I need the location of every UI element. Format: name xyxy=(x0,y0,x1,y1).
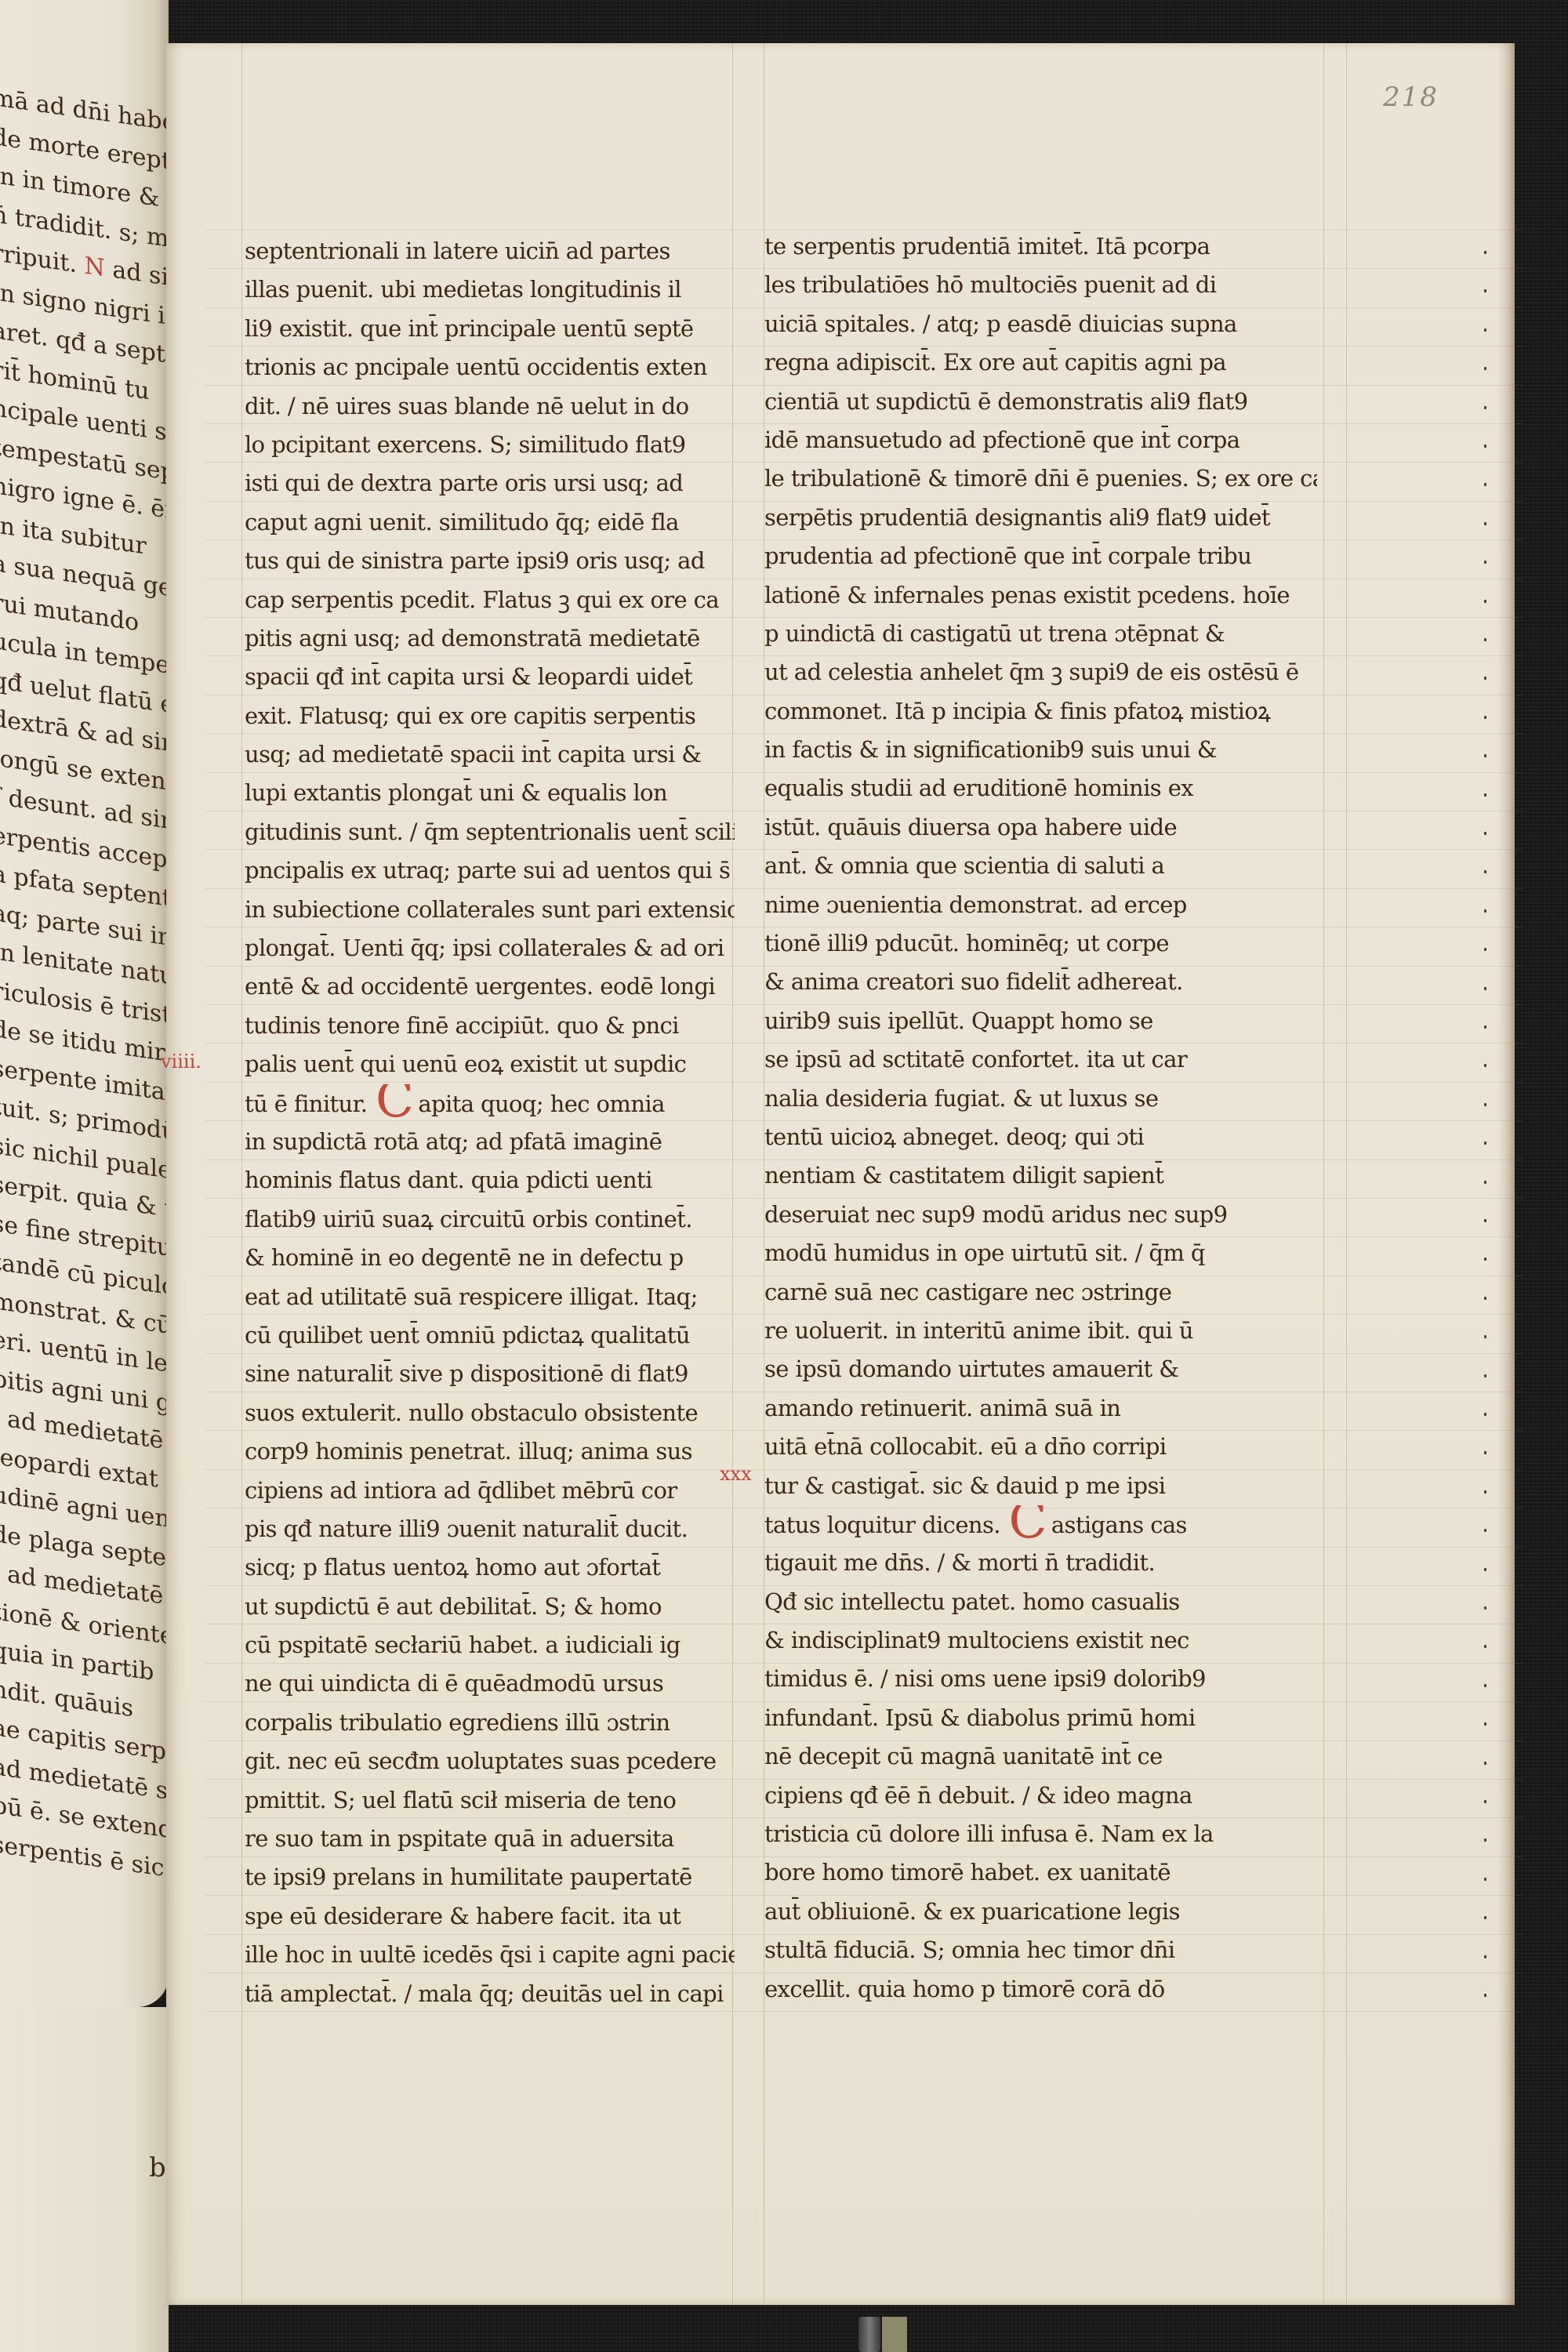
pricking-mark xyxy=(1484,561,1486,564)
pricking-mark xyxy=(1484,445,1486,448)
text-line: le tribulationē & timorē dn̄i ē puenies.… xyxy=(764,459,1317,498)
text-line: flatib9 uiriū suaꝝ circuitū orbis contin… xyxy=(245,1200,735,1239)
text-line: plongat̄. Uenti q̄q; ipsi collaterales &… xyxy=(245,929,735,967)
pricking-mark xyxy=(1484,793,1486,797)
pricking-mark xyxy=(1484,832,1486,835)
text-line: & anima creatori suo fidelit̄ adhereat. xyxy=(764,963,1317,1001)
pricking-mark xyxy=(1484,1568,1486,1571)
text-line: nē decepit cū magnā uanitatē int̄ ce xyxy=(764,1737,1317,1776)
ruling-line xyxy=(1323,43,1324,2305)
text-line: in factis & in significationib9 suis unu… xyxy=(764,731,1317,769)
text-line: modū humidus in ope uirtutū sit. / q̄m q… xyxy=(764,1234,1317,1272)
text-line: pmittit. S; uel flatū scił miseria de te… xyxy=(245,1781,735,1820)
pricking-mark xyxy=(1484,1219,1486,1222)
text-line: gitudinis sunt. / q̄m septentrionalis ue… xyxy=(245,813,735,851)
text-line: tatus loquitur dicens. Castigans cas xyxy=(764,1505,1317,1544)
text-line: re suo tam in pspitate quā in aduersita xyxy=(245,1820,735,1858)
facing-left-page-lower xyxy=(0,2007,169,2352)
pricking-mark xyxy=(1484,1722,1486,1726)
pricking-mark xyxy=(1484,948,1486,951)
text-line: septentrionali in latere uicin̄ ad parte… xyxy=(245,232,735,270)
text-line: trionis ac pncipale uentū occidentis ext… xyxy=(245,348,735,387)
text-line: deseruiat nec sup9 modū aridus nec sup9 xyxy=(764,1196,1317,1234)
ruling-line xyxy=(1346,43,1347,2305)
pricking-mark xyxy=(1484,406,1486,409)
line-text: apita quoq; hec omnia xyxy=(418,1091,664,1117)
text-line: eat ad utilitatē suā respicere illigat. … xyxy=(245,1278,735,1316)
pricking-mark xyxy=(1484,1994,1486,1997)
text-line: caput agni uenit. similitudo q̄q; eidē f… xyxy=(245,503,735,542)
pricking-mark xyxy=(1484,1955,1486,1958)
text-line: pitis agni usq; ad demonstratā medietatē xyxy=(245,619,735,658)
pricking-mark xyxy=(1484,1838,1486,1842)
pricking-mark xyxy=(1484,1490,1486,1494)
text-line: tristicia cū dolore illi infusa ē. Nam e… xyxy=(764,1815,1317,1853)
text-line: istūt. quāuis diuersa opa habere uide xyxy=(764,808,1317,847)
text-line: sicq; p flatus uentoꝝ homo aut ɔfortat̄ xyxy=(245,1548,735,1587)
pricking-mark xyxy=(1484,638,1486,641)
text-line: ant̄. & omnia que scientia di saluti a xyxy=(764,847,1317,885)
text-line: tus qui de sinistra parte ipsi9 oris usq… xyxy=(245,542,735,580)
text-column-right: te serpentis prudentiā imitet̄. Itā pcor… xyxy=(764,227,1317,2009)
text-line: spacii qđ int̄ capita ursi & leopardi ui… xyxy=(245,658,735,696)
margin-rubric-chapter-number: viiii. xyxy=(161,1051,201,1073)
text-line: palis uent̄ qui uenū eoꝝ existit ut supd… xyxy=(245,1045,735,1083)
text-line: in subiectione collaterales sunt pari ex… xyxy=(245,891,735,929)
text-line: dit. / nē uires suas blande nē uelut in … xyxy=(245,387,735,426)
pricking-mark xyxy=(1484,1762,1486,1765)
pricking-mark xyxy=(1484,1606,1486,1610)
text-line: exit. Flatusq; qui ex ore capitis serpen… xyxy=(245,697,735,735)
pricking-mark xyxy=(1484,600,1486,603)
text-line: stultā fiduciā. S; omnia hec timor dn̄i xyxy=(764,1931,1317,1969)
text-line: nentiam & castitatem diligit sapient̄ xyxy=(764,1156,1317,1195)
text-line: li9 existit. que int̄ principale uentū s… xyxy=(245,310,735,348)
pricking-mark xyxy=(1484,328,1486,332)
text-line: uitā et̄nā collocabit. eū a dn̄o corripi xyxy=(764,1428,1317,1466)
line-text: tatus loquitur dicens. xyxy=(764,1512,1007,1538)
text-line: illas puenit. ubi medietas longitudinis … xyxy=(245,270,735,309)
pricking-mark xyxy=(1484,1916,1486,1919)
text-line: hominis flatus dant. quia pdicti uenti xyxy=(245,1161,735,1200)
text-line: amando retinuerit. animā suā in xyxy=(764,1389,1317,1428)
text-line: uirib9 suis ipellūt. Quappt homo se xyxy=(764,1002,1317,1040)
pricking-mark xyxy=(1484,1142,1486,1145)
text-line: p uindictā di castigatū ut trena ɔtēpnat… xyxy=(764,615,1317,653)
pricking-mark xyxy=(1484,1800,1486,1803)
text-line: pncipalis ex utraq; parte sui ad uentos … xyxy=(245,851,735,890)
text-line: uiciā spitales. / atq; p easdē diuicias … xyxy=(764,305,1317,343)
quire-signature-mark: b xyxy=(149,2152,166,2183)
ruling-line xyxy=(241,43,242,2305)
text-line: commonet. Itā p incipia & finis pfatoꝝ m… xyxy=(764,692,1317,731)
red-initial-letter: C xyxy=(376,1084,413,1116)
pricking-mark xyxy=(1484,1297,1486,1300)
red-initial-letter: C xyxy=(1008,1505,1046,1537)
pricking-mark xyxy=(1484,1878,1486,1881)
pricking-mark xyxy=(1484,483,1486,486)
text-line: idē mansuetudo ad pfectionē que int̄ cor… xyxy=(764,421,1317,459)
text-line: tentū uicioꝝ abneget. deoq; qui ɔti xyxy=(764,1118,1317,1156)
text-line: les tribulatiōes hō multociēs puenit ad … xyxy=(764,266,1317,304)
text-line: usq; ad medietatē spacii int̄ capita urs… xyxy=(245,735,735,774)
text-line: lupi extantis plongat̄ uni & equalis lon xyxy=(245,774,735,812)
text-line: lationē & infernales penas existit pcede… xyxy=(764,576,1317,615)
folio-number: 218 xyxy=(1383,82,1439,113)
facing-left-page: mā ad dn̄i habeo inde morte ereptus narr… xyxy=(0,0,169,2007)
text-line: spe eū desiderare & habere facit. ita ut xyxy=(245,1897,735,1936)
text-line: lo pcipitant exercens. S; similitudo fla… xyxy=(245,426,735,464)
pricking-mark xyxy=(1484,1025,1486,1029)
text-line: ut ad celestia anhelet q̄m ꝫ supi9 de ei… xyxy=(764,653,1317,691)
pricking-mark xyxy=(1484,1103,1486,1106)
text-line: cū pspitatē secłariū habet. a iudiciali … xyxy=(245,1626,735,1664)
text-line: ne qui uindicta di ē quēadmodū ursus xyxy=(245,1664,735,1703)
text-line: tiā amplectat̄. / mala q̄q; deuitās uel … xyxy=(245,1975,735,2013)
text-line: pis qđ nature illi9 ɔuenit naturalit̄ du… xyxy=(245,1510,735,1548)
text-line: nalia desideria fugiat. & ut luxus se xyxy=(764,1080,1317,1118)
text-line: aut̄ obliuionē. & ex puaricatione legis xyxy=(764,1893,1317,1931)
pricking-mark xyxy=(1484,251,1486,254)
pricking-mark xyxy=(1484,522,1486,525)
pricking-mark xyxy=(1484,367,1486,370)
text-line: & indisciplinat9 multociens existit nec xyxy=(764,1621,1317,1660)
text-line: serpētis prudentiā designantis ali9 flat… xyxy=(764,499,1317,537)
text-line: & hominē in eo degentē ne in defectu p xyxy=(245,1239,735,1277)
text-line: re uoluerit. in interitū anime ibit. qui… xyxy=(764,1312,1317,1350)
line-text: astigans cas xyxy=(1051,1512,1187,1538)
pricking-mark xyxy=(1484,1529,1486,1532)
text-line: in supdictā rotā atq; ad pfatā imaginē xyxy=(245,1123,735,1161)
book-clasp xyxy=(858,2317,880,2352)
text-line: nime ɔuenientia demonstrat. ad ercep xyxy=(764,886,1317,924)
pricking-mark xyxy=(1484,1374,1486,1377)
pricking-mark xyxy=(1484,870,1486,873)
pricking-mark xyxy=(1484,987,1486,990)
text-line: prudentia ad pfectionē que int̄ corpale … xyxy=(764,537,1317,575)
text-line: regna adipiscit̄. Ex ore aut̄ capitis ag… xyxy=(764,343,1317,382)
pricking-mark xyxy=(1484,716,1486,719)
text-line: equalis studii ad eruditionē hominis ex xyxy=(764,769,1317,808)
text-line: te ipsi9 prelans in humilitate paupertat… xyxy=(245,1858,735,1896)
text-line: carnē suā nec castigare nec ɔstringe xyxy=(764,1273,1317,1312)
text-line: bore homo timorē habet. ex uanitatē xyxy=(764,1853,1317,1892)
text-line: ut supdictū ē aut debilitat̄. S; & homo xyxy=(245,1588,735,1626)
pricking-mark xyxy=(1484,1413,1486,1416)
text-line: cap serpentis pcedit. Flatus ꝫ qui ex or… xyxy=(245,581,735,619)
text-line: infundant̄. Ipsū & diabolus primū homi xyxy=(764,1699,1317,1737)
text-line: tigauit me dn̄s. / & morti n̄ tradidit. xyxy=(764,1544,1317,1582)
text-line: se ipsū ad sctitatē confortet. ita ut ca… xyxy=(764,1040,1317,1079)
pricking-mark xyxy=(1484,1335,1486,1338)
line-text: tū ē finitur. xyxy=(245,1091,374,1117)
text-line: corp9 hominis penetrat. illuq; anima sus xyxy=(245,1432,735,1471)
text-line: entē & ad occidentē uergentes. eodē long… xyxy=(245,967,735,1006)
text-line: cipiens qđ ēē n̄ debuit. / & ideo magna xyxy=(764,1777,1317,1815)
pricking-mark xyxy=(1484,1064,1486,1067)
pricking-mark xyxy=(1484,1645,1486,1648)
text-line: timidus ē. / nisi oms uene ipsi9 dolorib… xyxy=(764,1660,1317,1698)
pricking-mark xyxy=(1484,1684,1486,1687)
text-line: cipiens ad intiora ad q̄dlibet mēbrū cor xyxy=(245,1472,735,1510)
text-line: corpalis tribulatio egrediens illū ɔstri… xyxy=(245,1704,735,1742)
left-page-text: mā ad dn̄i habeo inde morte ereptus narr… xyxy=(0,78,169,1890)
text-column-left: septentrionali in latere uicin̄ ad parte… xyxy=(245,232,735,2013)
text-line: ille hoc in uultē icedēs q̄si i capite a… xyxy=(245,1936,735,1974)
pricking-mark xyxy=(1484,289,1486,292)
text-line: se ipsū domando uirtutes amauerit & xyxy=(764,1350,1317,1388)
pricking-mark xyxy=(1484,1451,1486,1454)
text-line: te serpentis prudentiā imitet̄. Itā pcor… xyxy=(764,227,1317,266)
text-line: excellit. quia homo p timorē corā dō xyxy=(764,1970,1317,2009)
text-line: suos extulerit. nullo obstaculo obsisten… xyxy=(245,1394,735,1432)
pricking-mark xyxy=(1484,1258,1486,1261)
pricking-mark xyxy=(1484,909,1486,913)
text-line: cientiā ut supdictū ē demonstratis ali9 … xyxy=(764,383,1317,421)
pricking-mark xyxy=(1484,677,1486,680)
margin-rubric-chapter-number: xxx xyxy=(720,1463,752,1485)
pricking-mark xyxy=(1484,1181,1486,1184)
pricking-mark xyxy=(1484,754,1486,757)
text-line: cū quilibet uent̄ omniū pdictaꝝ qualitat… xyxy=(245,1316,735,1355)
text-line: tudinis tenore finē accipiūt. quo & pnci xyxy=(245,1007,735,1045)
text-line: isti qui de dextra parte oris ursi usq; … xyxy=(245,464,735,503)
text-line: sine naturalit̄ sive p dispositionē di f… xyxy=(245,1355,735,1393)
text-line: git. nec eū secđm uoluptates suas pceder… xyxy=(245,1742,735,1780)
bookmark-strap xyxy=(882,2317,907,2352)
text-line: tionē illi9 pducūt. hominēq; ut corpe xyxy=(764,924,1317,963)
text-line: Qđ sic intellectu patet. homo casualis xyxy=(764,1583,1317,1621)
red-initial-letter: N xyxy=(85,252,105,283)
text-line: tur & castigat̄. sic & dauid p me ipsi xyxy=(764,1467,1317,1505)
text-line: tū ē finitur. Capita quoq; hec omnia xyxy=(245,1084,735,1123)
